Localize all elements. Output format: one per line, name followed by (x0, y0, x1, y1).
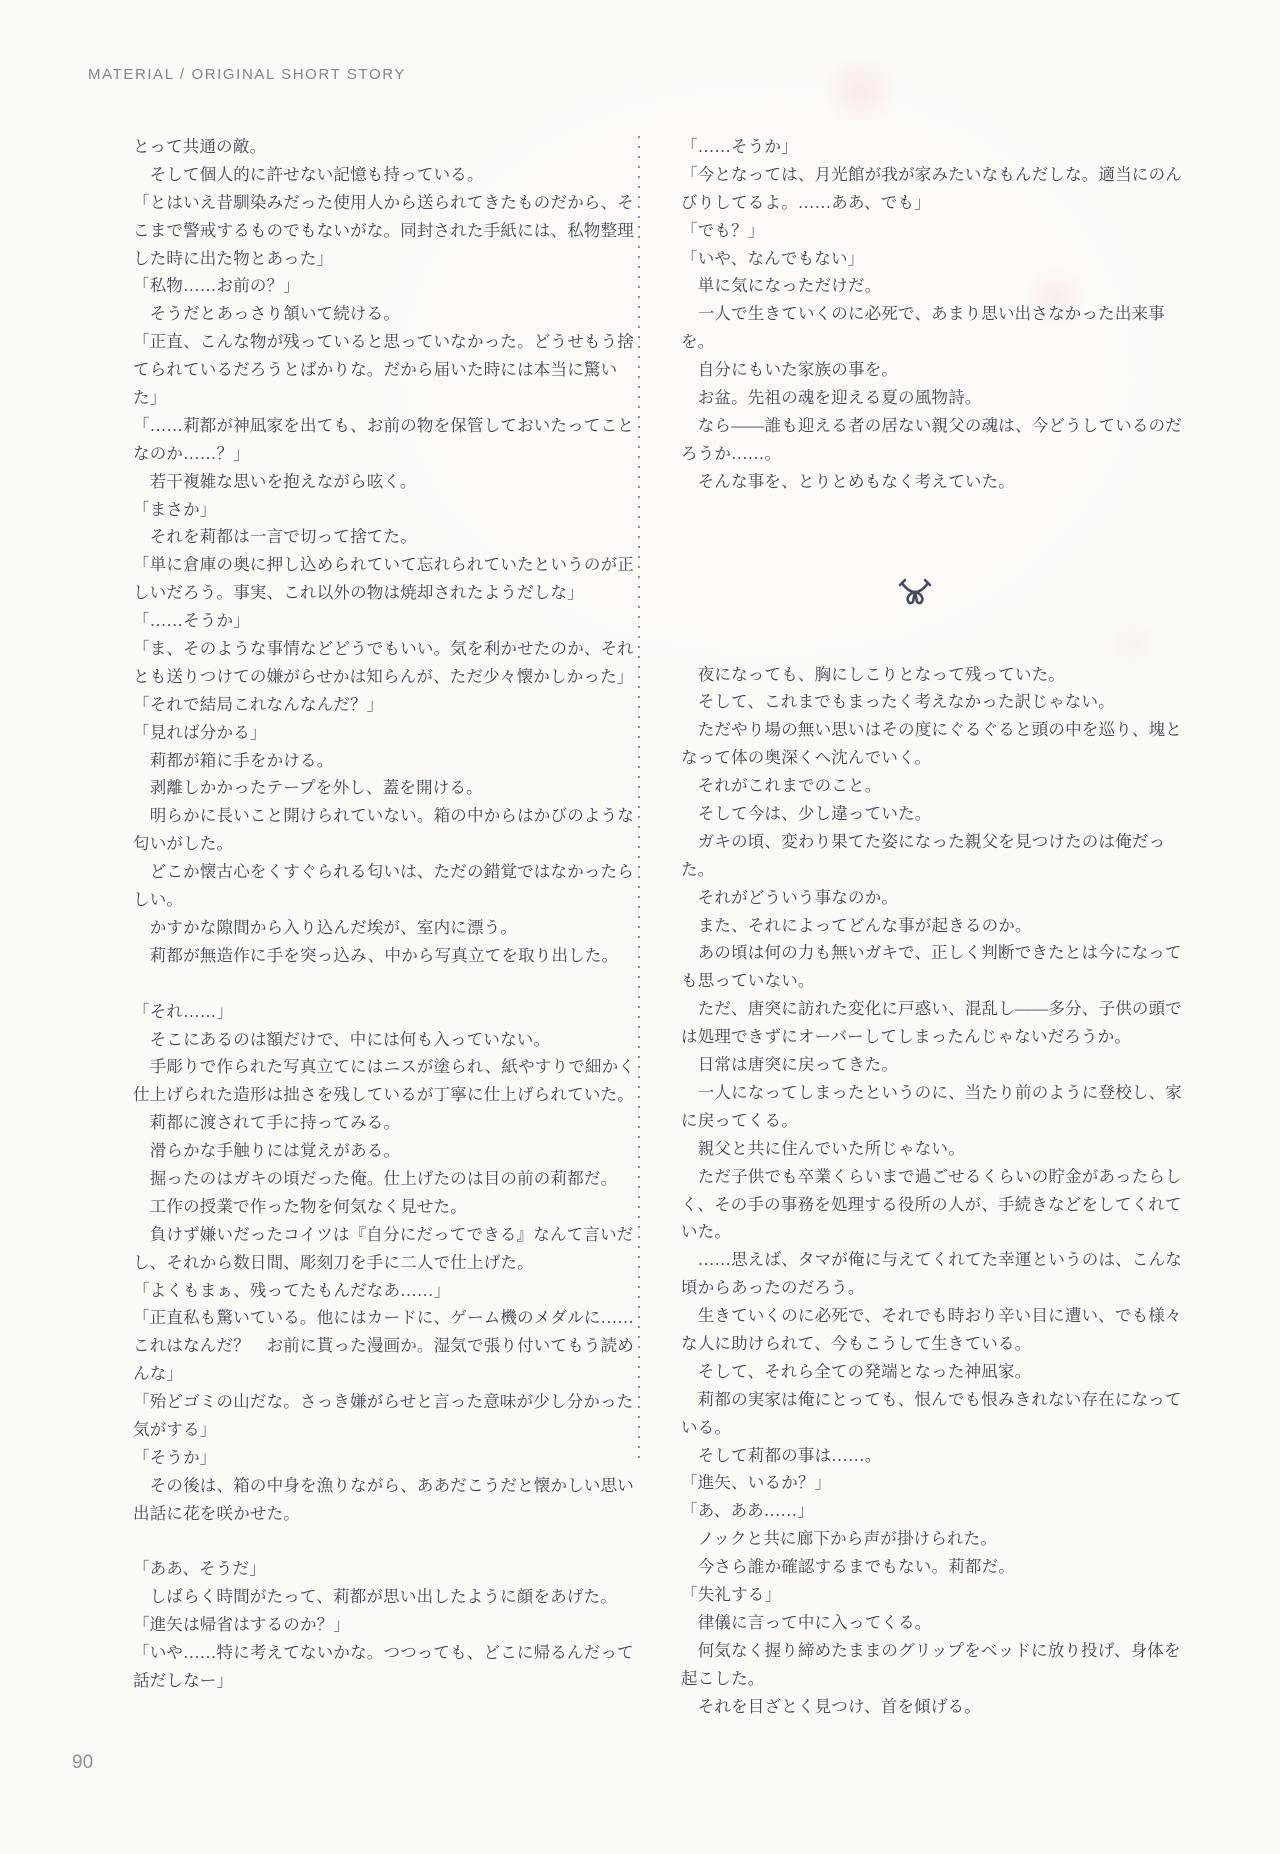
right-column-part-1: 「……そうか」「今となっては、月光館が我が家みたいなもんだしな。適当にのんびりし… (681, 133, 1149, 496)
scan-stain (815, 60, 905, 120)
text-line: 「……そうか」 (133, 607, 629, 635)
text-line: 匂いがした。 (133, 830, 629, 858)
text-line: 気がする」 (133, 1416, 629, 1444)
book-page: MATERIAL / ORIGINAL SHORT STORY とって共通の敵。… (0, 0, 1280, 1854)
text-line: そして、それら全ての発端となった神凪家。 (681, 1358, 1149, 1386)
text-line (133, 970, 629, 998)
text-line: 「進矢は帰省はするのか？」 (133, 1611, 629, 1639)
text-line: 「殆どゴミの山だな。さっき嫌がらせと言った意味が少し分かった (133, 1388, 629, 1416)
text-line: ろうか……。 (681, 440, 1149, 468)
text-line: かすかな隙間から入り込んだ埃が、室内に漂う。 (133, 914, 629, 942)
text-line: 話だしなー」 (133, 1667, 629, 1695)
text-line: ただやり場の無い思いはその度にぐるぐると頭の中を巡り、塊と (681, 716, 1149, 744)
right-column-part-2: 夜になっても、胸にしこりとなって残っていた。 そして、これまでもまったく考えなか… (681, 661, 1149, 1721)
text-line: した時に出た物とあった」 (133, 245, 629, 273)
column-divider-dotted-line (638, 136, 640, 1458)
text-line: 何気なく握り締めたままのグリップをベッドに放り投げ、身体を (681, 1637, 1149, 1665)
text-line: 莉都が箱に手をかける。 (133, 747, 629, 775)
section-break (681, 496, 1149, 661)
text-line: を。 (681, 328, 1149, 356)
text-line: 莉都に渡されて手に持ってみる。 (133, 1109, 629, 1137)
text-line: 自分にもいた家族の事を。 (681, 356, 1149, 384)
text-line: 「今となっては、月光館が我が家みたいなもんだしな。適当にのん (681, 161, 1149, 189)
right-text-column: 「……そうか」「今となっては、月光館が我が家みたいなもんだしな。適当にのんびりし… (681, 133, 1149, 1720)
text-line: 「それで結局これなんなんだ？」 (133, 691, 629, 719)
text-line: びりしてるよ。……ああ、でも」 (681, 189, 1149, 217)
text-line: そんな事を、とりとめもなく考えていた。 (681, 468, 1149, 496)
text-line: 「ま、そのような事情などどうでもいい。気を利かせたのか、それ (133, 635, 629, 663)
text-line: しいだろう。事実、これ以外の物は焼却されたようだしな」 (133, 579, 629, 607)
text-line: 「それ……」 (133, 998, 629, 1026)
text-line: 「あ、ああ……」 (681, 1497, 1149, 1525)
text-line: 「正直、こんな物が残っていると思っていなかった。どうせもう捨 (133, 328, 629, 356)
text-line: に戻ってくる。 (681, 1107, 1149, 1135)
text-line: 今さら誰か確認するまでもない。莉都だ。 (681, 1553, 1149, 1581)
text-line (133, 1528, 629, 1556)
text-line: それを莉都は一言で切って捨てた。 (133, 523, 629, 551)
text-line: とも送りつけての嫌がらせかは知らんが、ただ少々懐かしかった」 (133, 663, 629, 691)
text-line: 生きていくのに必死で、それでも時おり辛い目に遭い、でも様々 (681, 1302, 1149, 1330)
text-line: 「まさか」 (133, 496, 629, 524)
text-line: お盆。先祖の魂を迎える夏の風物詩。 (681, 384, 1149, 412)
text-line: それがこれまでのこと。 (681, 772, 1149, 800)
page-number: 90 (72, 1752, 93, 1774)
text-line: は処理できずにオーバーしてしまったんじゃないだろうか。 (681, 1023, 1149, 1051)
text-line: し、それから数日間、彫刻刀を手に二人で仕上げた。 (133, 1249, 629, 1277)
text-line: 「進矢、いるか？」 (681, 1469, 1149, 1497)
text-line: なのか……？」 (133, 440, 629, 468)
text-line: しばらく時間がたって、莉都が思い出したように顔をあげた。 (133, 1583, 629, 1611)
text-line: 剥離しかかったテープを外し、蓋を開ける。 (133, 774, 629, 802)
text-line: 夜になっても、胸にしこりとなって残っていた。 (681, 661, 1149, 689)
text-line: 「正直私も驚いている。他にはカードに、ゲーム機のメダルに…… (133, 1304, 629, 1332)
text-line: ただ、唐突に訪れた変化に戸惑い、混乱し――多分、子供の頭で (681, 995, 1149, 1023)
text-line: く、その手の事務を処理する役所の人が、手続きなどをしてくれて (681, 1191, 1149, 1219)
text-line: 「ああ、そうだ」 (133, 1555, 629, 1583)
text-line: 「いや……特に考えてないかな。つつっても、どこに帰るんだって (133, 1639, 629, 1667)
text-line: 「よくもまぁ、残ってたもんだなあ……」 (133, 1277, 629, 1305)
text-line: な人に助けられて、今もこうして生きている。 (681, 1330, 1149, 1358)
page-header-title: MATERIAL / ORIGINAL SHORT STORY (88, 66, 406, 83)
text-line: んな」 (133, 1360, 629, 1388)
text-line: 日常は唐突に戻ってきた。 (681, 1051, 1149, 1079)
text-line: そして莉都の事は……。 (681, 1442, 1149, 1470)
text-line: 「とはいえ昔馴染みだった使用人から送られてきたものだから、そ (133, 189, 629, 217)
text-line: これはなんだ？ お前に貰った漫画か。湿気で張り付いてもう読め (133, 1332, 629, 1360)
text-line: 一人になってしまったというのに、当たり前のように登校し、家 (681, 1079, 1149, 1107)
text-line: 仕上げられた造形は拙さを残しているが丁寧に仕上げられていた。 (133, 1081, 629, 1109)
text-line: こまで警戒するものでもないがな。同封された手紙には、私物整理 (133, 217, 629, 245)
text-line: 親父と共に住んでいた所じゃない。 (681, 1135, 1149, 1163)
text-line: 「見れば分かる」 (133, 719, 629, 747)
text-line: てられているだろうとばかりな。だから届いた時には本当に驚い (133, 356, 629, 384)
text-line: 単に気になっただけだ。 (681, 272, 1149, 300)
text-line: とって共通の敵。 (133, 133, 629, 161)
text-line: そこにあるのは額だけで、中には何も入っていない。 (133, 1026, 629, 1054)
text-line: 起こした。 (681, 1665, 1149, 1693)
text-line: 掘ったのはガキの頃だった俺。仕上げたのは目の前の莉都だ。 (133, 1165, 629, 1193)
text-line: 工作の授業で作った物を何気なく見せた。 (133, 1193, 629, 1221)
text-line: どこか懐古心をくすぐられる匂いは、ただの錯覚ではなかったら (133, 858, 629, 886)
text-line: そして個人的に許せない記憶も持っている。 (133, 161, 629, 189)
text-line: 滑らかな手触りには覚えがある。 (133, 1137, 629, 1165)
text-line: それを目ざとく見つけ、首を傾げる。 (681, 1693, 1149, 1721)
text-line: ガキの頃、変わり果てた姿になった親父を見つけたのは俺だっ (681, 828, 1149, 856)
text-line: ノックと共に廊下から声が掛けられた。 (681, 1525, 1149, 1553)
text-line: 手彫りで作られた写真立てにはニスが塗られ、紙やすりで細かく (133, 1053, 629, 1081)
text-line: それがどういう事なのか。 (681, 884, 1149, 912)
text-line: 頃からあったのだろう。 (681, 1274, 1149, 1302)
text-line: なって体の奥深くへ沈んでいく。 (681, 744, 1149, 772)
text-line: いる。 (681, 1414, 1149, 1442)
text-line: 一人で生きていくのに必死で、あまり思い出さなかった出来事 (681, 300, 1149, 328)
text-line: 明らかに長いこと開けられていない。箱の中からはかびのような (133, 802, 629, 830)
text-line: た。 (681, 856, 1149, 884)
text-line: そして、これまでもまったく考えなかった訳じゃない。 (681, 688, 1149, 716)
text-line: 若干複雑な思いを抱えながら呟く。 (133, 468, 629, 496)
text-line: 莉都が無造作に手を突っ込み、中から写真立てを取り出した。 (133, 942, 629, 970)
text-line: た」 (133, 384, 629, 412)
text-line: あの頃は何の力も無いガキで、正しく判断できたとは今になって (681, 939, 1149, 967)
text-line: 律儀に言って中に入ってくる。 (681, 1609, 1149, 1637)
text-line: ……思えば、タマが俺に与えてくれてた幸運というのは、こんな (681, 1246, 1149, 1274)
text-line: そうだとあっさり頷いて続ける。 (133, 300, 629, 328)
text-line: しい。 (133, 886, 629, 914)
text-line: ただ子供でも卒業くらいまで過ごせるくらいの貯金があったらし (681, 1163, 1149, 1191)
text-line: 「……莉都が神凪家を出ても、お前の物を保管しておいたってこと (133, 412, 629, 440)
text-line: 「私物……お前の？」 (133, 272, 629, 300)
text-line: 「いや、なんでもない」 (681, 245, 1149, 273)
text-line: その後は、箱の中身を漁りながら、ああだこうだと懐かしい思い (133, 1472, 629, 1500)
left-text-column: とって共通の敵。 そして個人的に許せない記憶も持っている。「とはいえ昔馴染みだっ… (133, 133, 629, 1695)
text-line: なら――誰も迎える者の居ない親父の魂は、今どうしているのだ (681, 412, 1149, 440)
text-line: 「失礼する」 (681, 1581, 1149, 1609)
text-line: 「でも？」 (681, 217, 1149, 245)
text-line: 莉都の実家は俺にとっても、恨んでも恨みきれない存在になって (681, 1386, 1149, 1414)
text-line: 「……そうか」 (681, 133, 1149, 161)
text-line: 「そうか」 (133, 1444, 629, 1472)
text-line: も思っていない。 (681, 967, 1149, 995)
text-line: そして今は、少し違っていた。 (681, 800, 1149, 828)
text-line: いた。 (681, 1218, 1149, 1246)
text-line: 負けず嫌いだったコイツは『自分にだってできる』なんて言いだ (133, 1221, 629, 1249)
text-line: 「単に倉庫の奥に押し込められていて忘れられていたというのが正 (133, 551, 629, 579)
text-line: 出話に花を咲かせた。 (133, 1500, 629, 1528)
fleuron-ornament-icon (898, 578, 932, 608)
text-line: また、それによってどんな事が起きるのか。 (681, 912, 1149, 940)
